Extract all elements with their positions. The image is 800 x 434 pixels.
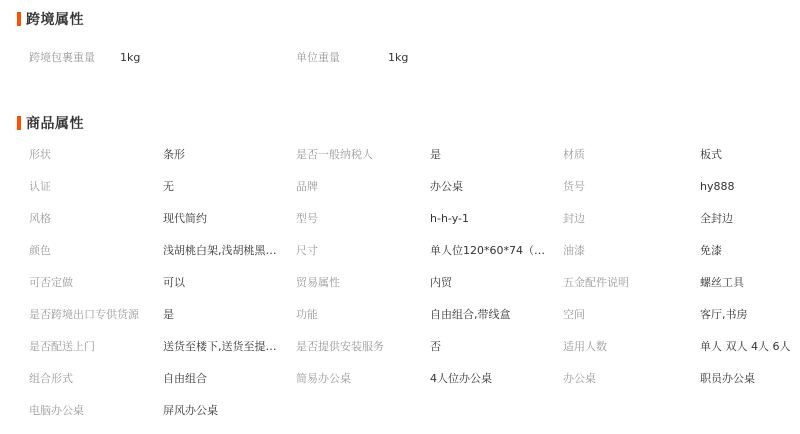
attribute-value: 职员办公桌 (700, 371, 800, 387)
attribute-label: 是否一般纳税人 (296, 147, 424, 163)
attribute-value: 免漆 (700, 243, 800, 259)
attribute-value: 1kg (120, 50, 240, 66)
attribute-value: 单人 双人 4人 6人 (700, 339, 800, 355)
attribute-value: 无 (163, 179, 281, 195)
attribute-label: 适用人数 (563, 339, 691, 355)
attribute-value: 全封边 (700, 211, 800, 227)
attribute-row: 认证 无 品牌 办公桌 货号 hy888 (0, 179, 800, 199)
attribute-label: 风格 (29, 211, 157, 227)
attribute-label: 货号 (563, 179, 691, 195)
attribute-row: 跨境包裹重量 1kg 单位重量 1kg (0, 50, 800, 70)
attribute-value: 浅胡桃白架,浅胡桃黑… (163, 243, 281, 259)
attribute-value: 是 (163, 307, 281, 323)
attribute-label: 办公桌 (563, 371, 691, 387)
attribute-label: 油漆 (563, 243, 691, 259)
attribute-value: 单人位120*60*74（… (430, 243, 548, 259)
attribute-value: 内贸 (430, 275, 548, 291)
attribute-value: 送货至楼下,送货至提… (163, 339, 281, 355)
attribute-label: 功能 (296, 307, 424, 323)
product-attributes-section: 商品属性 形状 条形 是否一般纳税人 是 材质 板式 认证 无 品牌 办公桌 货… (0, 110, 800, 434)
section-title-text: 跨境属性 (26, 9, 84, 29)
attribute-row: 形状 条形 是否一般纳税人 是 材质 板式 (0, 147, 800, 167)
attribute-value: 客厅,书房 (700, 307, 800, 323)
cross-border-section: 跨境属性 跨境包裹重量 1kg 单位重量 1kg (0, 0, 800, 80)
attribute-label: 是否配送上门 (29, 339, 157, 355)
accent-bar (17, 12, 21, 26)
attribute-row: 是否配送上门 送货至楼下,送货至提… 是否提供安装服务 否 适用人数 单人 双人… (0, 339, 800, 359)
attribute-value: 自由组合 (163, 371, 281, 387)
attribute-value: hy888 (700, 179, 800, 195)
attribute-label: 封边 (563, 211, 691, 227)
product-attributes-title: 商品属性 (17, 114, 84, 132)
attribute-value: 屏风办公桌 (163, 403, 281, 419)
cross-border-title: 跨境属性 (17, 10, 84, 28)
attribute-row: 可否定做 可以 贸易属性 内贸 五金配件说明 螺丝工具 (0, 275, 800, 295)
attribute-row: 是否跨境出口专供货源 是 功能 自由组合,带线盒 空间 客厅,书房 (0, 307, 800, 327)
attribute-label: 单位重量 (296, 50, 386, 66)
attribute-row: 电脑办公桌 屏风办公桌 (0, 403, 800, 423)
attribute-label: 材质 (563, 147, 691, 163)
attribute-label: 贸易属性 (296, 275, 424, 291)
attribute-label: 五金配件说明 (563, 275, 691, 291)
attribute-value: 可以 (163, 275, 281, 291)
attribute-value: 1kg (388, 50, 508, 66)
attribute-label: 可否定做 (29, 275, 157, 291)
attribute-value: h-h-y-1 (430, 211, 548, 227)
attribute-value: 办公桌 (430, 179, 548, 195)
attribute-label: 是否跨境出口专供货源 (29, 307, 157, 323)
attribute-label: 认证 (29, 179, 157, 195)
attribute-label: 颜色 (29, 243, 157, 259)
attribute-label: 是否提供安装服务 (296, 339, 424, 355)
attribute-label: 电脑办公桌 (29, 403, 157, 419)
attribute-row: 颜色 浅胡桃白架,浅胡桃黑… 尺寸 单人位120*60*74（… 油漆 免漆 (0, 243, 800, 263)
attribute-label: 跨境包裹重量 (29, 50, 119, 66)
attribute-label: 型号 (296, 211, 424, 227)
attribute-value: 4人位办公桌 (430, 371, 548, 387)
attribute-value: 板式 (700, 147, 800, 163)
attribute-row: 组合形式 自由组合 简易办公桌 4人位办公桌 办公桌 职员办公桌 (0, 371, 800, 391)
accent-bar (17, 116, 21, 130)
attribute-label: 形状 (29, 147, 157, 163)
attribute-value: 否 (430, 339, 548, 355)
attribute-label: 空间 (563, 307, 691, 323)
attribute-label: 组合形式 (29, 371, 157, 387)
section-title-text: 商品属性 (26, 113, 84, 133)
attribute-value: 自由组合,带线盒 (430, 307, 548, 323)
attribute-label: 简易办公桌 (296, 371, 424, 387)
attribute-value: 现代简约 (163, 211, 281, 227)
attribute-value: 条形 (163, 147, 281, 163)
attribute-label: 尺寸 (296, 243, 424, 259)
attribute-label: 品牌 (296, 179, 424, 195)
attribute-value: 螺丝工具 (700, 275, 800, 291)
attribute-row: 风格 现代简约 型号 h-h-y-1 封边 全封边 (0, 211, 800, 231)
attribute-value: 是 (430, 147, 548, 163)
